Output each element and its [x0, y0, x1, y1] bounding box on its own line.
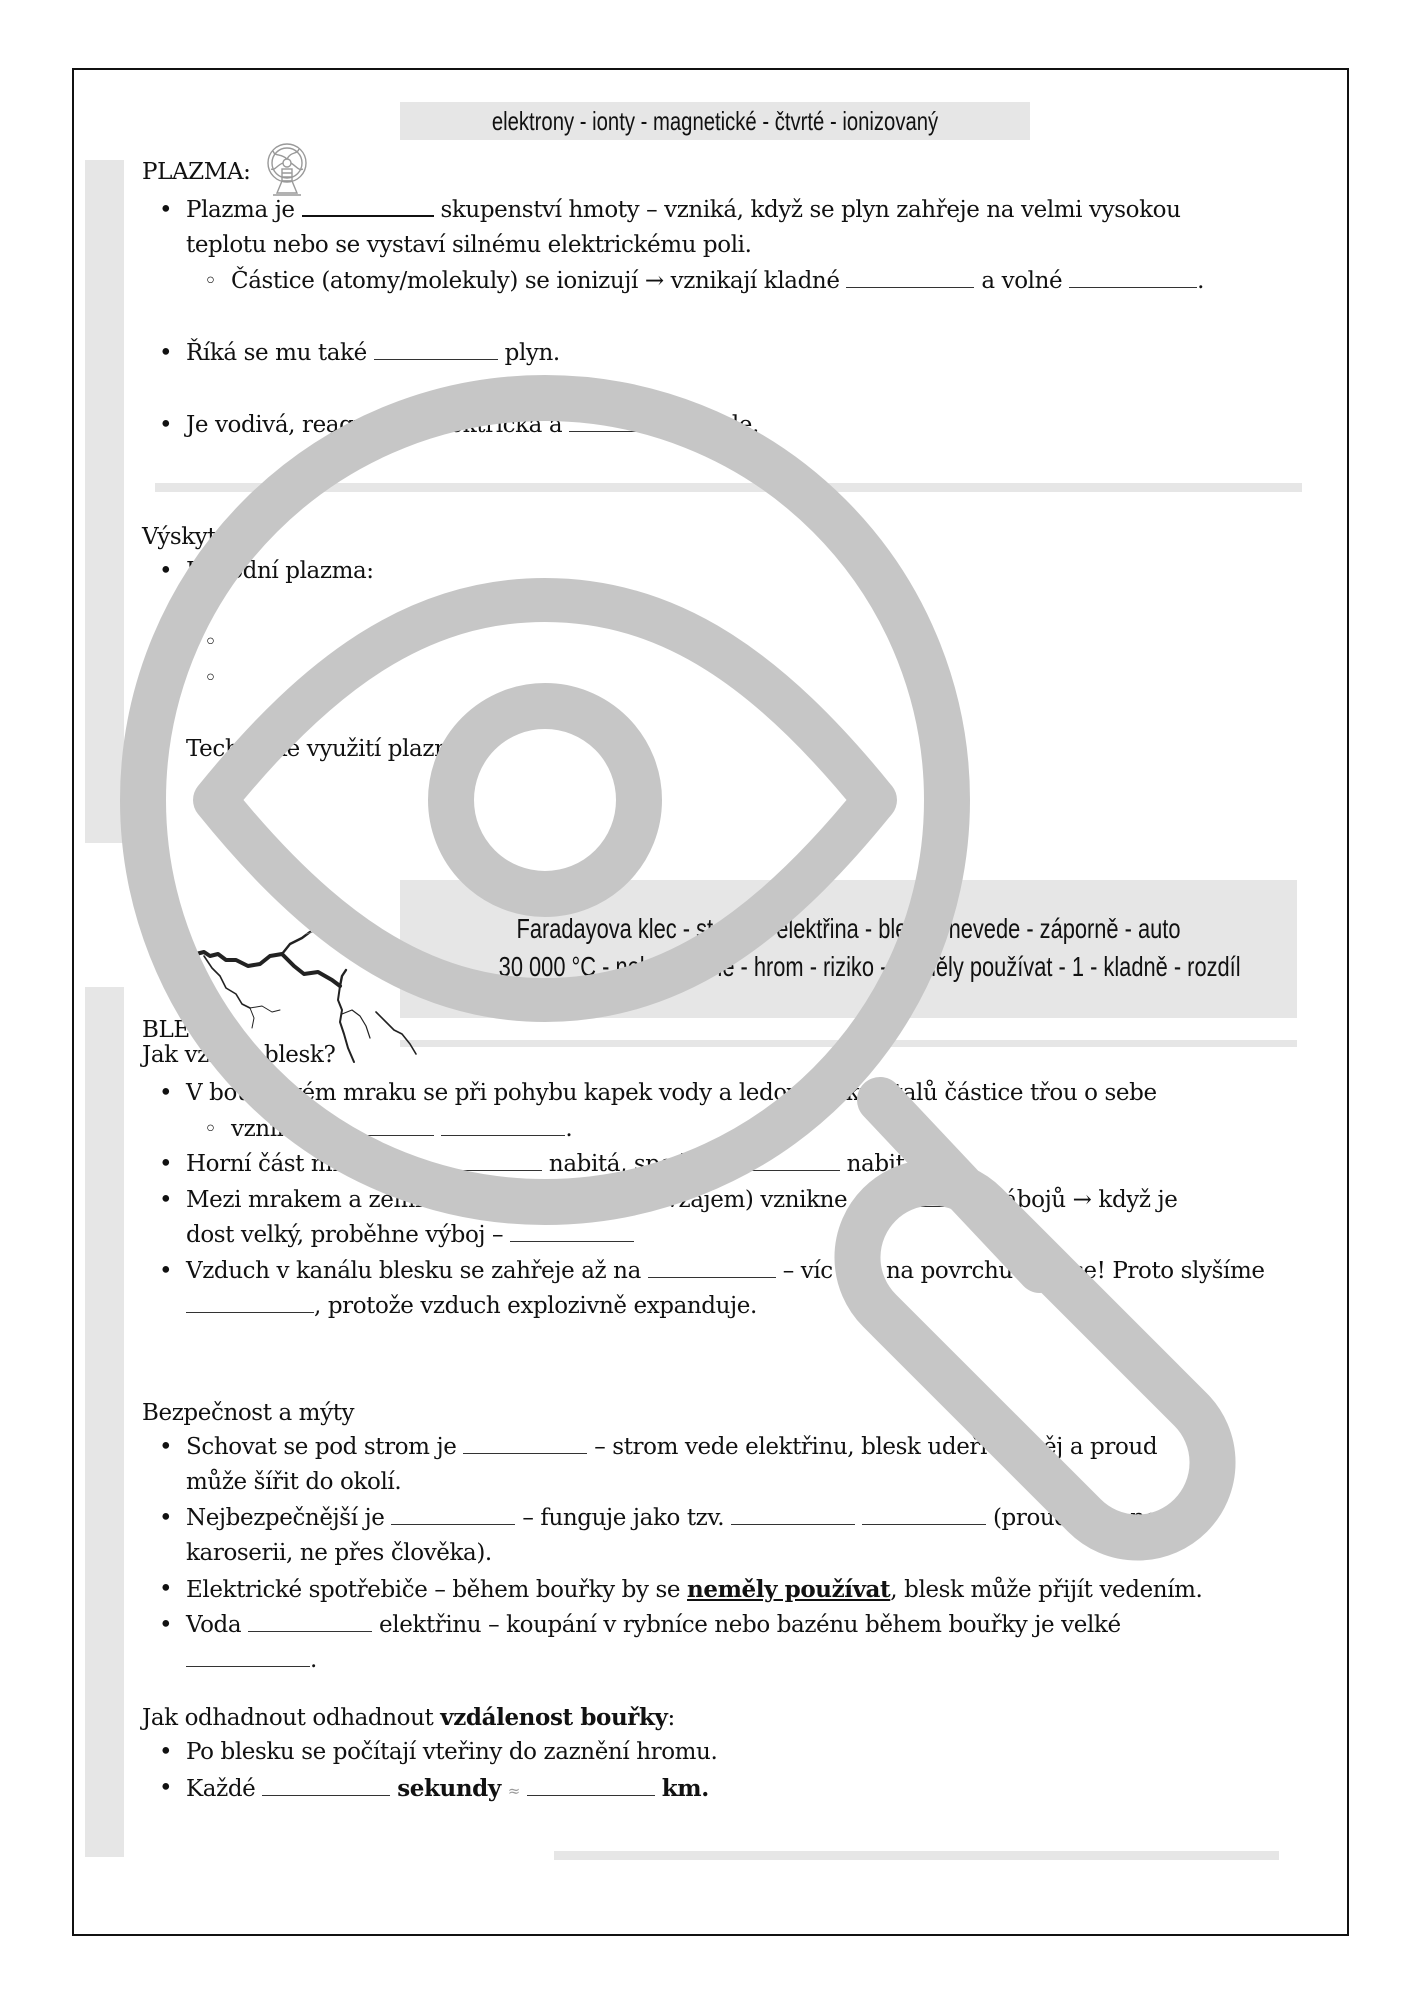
text: pole.	[704, 412, 759, 438]
blank-field[interactable]	[186, 1646, 310, 1667]
text: :	[667, 1705, 674, 1731]
text: skupenství hmoty – vzniká, když se plyn …	[440, 197, 1180, 223]
text: Každé	[186, 1776, 255, 1802]
blank-field[interactable]	[441, 1115, 565, 1136]
text: ≈	[508, 1782, 520, 1800]
sidebar-bar-blesk	[85, 987, 124, 1857]
text: Technické využití plazmy:	[186, 736, 475, 762]
text: elektřinu – koupání v rybníce nebo bazén…	[379, 1612, 1121, 1638]
bezpecnost-bullet-4: Voda elektřinu – koupání v rybníce nebo …	[186, 1608, 1274, 1643]
text: nábojů → když je	[989, 1187, 1177, 1213]
plazma-bullet-2: Říká se mu také plyn.	[186, 336, 560, 371]
text: Nejbezpečnější je	[186, 1505, 385, 1531]
text: Je vodivá, reaguje na elektrická a	[186, 412, 562, 438]
text: karoserii, ne přes člověka).	[186, 1540, 492, 1566]
divider-2	[400, 1040, 1297, 1047]
vyskyt-sub-3	[231, 661, 238, 696]
text: teplotu nebo se vystaví silnému elektric…	[186, 232, 752, 258]
text: Schovat se pod strom je	[186, 1434, 456, 1460]
vyskyt-sub-1	[231, 590, 238, 625]
blesk-bullet-4: Vzduch v kanálu blesku se zahřeje až na …	[186, 1254, 1274, 1289]
text: (proud teče po	[993, 1505, 1158, 1531]
emphasis-text: sekundy	[397, 1775, 501, 1802]
blank-field[interactable]	[716, 1150, 840, 1171]
text: může šířit do okolí.	[186, 1469, 401, 1495]
section-heading-bezpecnost: Bezpečnost a mýty	[142, 1398, 354, 1428]
text: vzniká	[231, 1116, 304, 1142]
plazma-heading-text: PLAZMA:	[142, 159, 250, 185]
plasma-ball-icon	[263, 141, 311, 197]
bezpecnost-bullet-1: Schovat se pod strom je – strom vede ele…	[186, 1430, 1274, 1465]
text: Mezi mrakem a zemí (nebo mezi mraky navz…	[186, 1187, 847, 1213]
text: dost velký, proběhne výboj –	[186, 1222, 503, 1248]
vyskyt-sub-4	[231, 767, 238, 802]
text: Jak vzniká blesk?	[142, 1042, 335, 1068]
text: – strom vede elektřinu, blesk udeří do n…	[594, 1434, 1157, 1460]
blank-field[interactable]	[374, 339, 498, 360]
section-heading-vzdalenost: Jak odhadnout odhadnout vzdálenost bouřk…	[142, 1703, 675, 1733]
vyskyt-bullet-technical: Technické využití plazmy:	[186, 732, 475, 767]
bezpecnost-bullet-3: Elektrické spotřebiče – během bouřky by …	[186, 1572, 1202, 1608]
blank-field[interactable]	[862, 1504, 986, 1525]
bezpecnost-bullet-4-cont: .	[186, 1643, 317, 1678]
text: Jak odhadnout odhadnout	[142, 1705, 433, 1731]
word-bank-blesk-line-2: 30 000 °C - nebezpečné - hrom - riziko -…	[499, 948, 1199, 986]
text: Elektrické spotřebiče – během bouřky by …	[186, 1577, 680, 1603]
blank-field[interactable]	[1069, 267, 1197, 288]
word-bank-plazma-text: elektrony - ionty - magnetické - čtvrté …	[469, 102, 960, 140]
blesk-sub-1: vzniká .	[231, 1112, 572, 1147]
text: V bouřkovém mraku se při pohybu kapek vo…	[186, 1080, 1157, 1106]
emphasis-text: vzdálenost bouřky	[440, 1704, 667, 1731]
section-heading-plazma: PLAZMA:	[142, 157, 250, 187]
blank-field[interactable]	[262, 1775, 390, 1796]
text: .	[310, 1647, 317, 1673]
divider-3	[554, 1851, 1279, 1860]
text: , blesk může přijít vedením.	[890, 1577, 1202, 1603]
blank-field[interactable]	[302, 195, 434, 217]
text: nabitá, spodní	[549, 1151, 709, 1177]
word-bank-blesk-line-1: Faradayova klec - statická elektřina - b…	[499, 910, 1199, 948]
plazma-bullet-1-cont: teplotu nebo se vystaví silnému elektric…	[186, 228, 752, 263]
plazma-bullet-1: Plazma je skupenství hmoty – vzniká, kdy…	[186, 193, 1274, 228]
plazma-bullet-3: Je vodivá, reaguje na elektrická a pole.	[186, 408, 759, 443]
blank-field[interactable]	[391, 1504, 515, 1525]
bezpecnost-bullet-2-cont: karoserii, ne přes člověka).	[186, 1536, 492, 1571]
text: Částice (atomy/molekuly) se ionizují → v…	[231, 268, 840, 294]
blank-field[interactable]	[527, 1775, 655, 1796]
word-bank-plazma: elektrony - ionty - magnetické - čtvrté …	[400, 102, 1030, 140]
text: a volné	[981, 268, 1062, 294]
vzdalenost-bullet-1: Po blesku se počítají vteřiny do zaznění…	[186, 1735, 717, 1770]
text: .	[1197, 268, 1204, 294]
blank-field[interactable]	[463, 1433, 587, 1454]
text: Říká se mu také	[186, 340, 367, 366]
emphasis-text: neměly používat	[687, 1576, 890, 1603]
section-heading-vyskyt: Výskyt:	[142, 522, 224, 552]
blank-field[interactable]	[648, 1257, 776, 1278]
text: Voda	[186, 1612, 241, 1638]
blesk-subheading: Jak vzniká blesk?	[142, 1040, 335, 1070]
text: Bezpečnost a mýty	[142, 1400, 354, 1426]
sidebar-bar-plazma	[85, 160, 124, 843]
vyskyt-bullet-natural: Přírodní plazma:	[186, 554, 374, 589]
blesk-bullet-1: V bouřkovém mraku se při pohybu kapek vo…	[186, 1076, 1157, 1111]
blank-field[interactable]	[510, 1221, 634, 1242]
text: nabitá.	[847, 1151, 925, 1177]
blank-field[interactable]	[248, 1611, 372, 1632]
bezpecnost-bullet-1-cont: může šířit do okolí.	[186, 1465, 401, 1500]
blank-field[interactable]	[569, 411, 697, 432]
text: Po blesku se počítají vteřiny do zaznění…	[186, 1739, 717, 1765]
text: .	[565, 1116, 572, 1142]
word-bank-blesk: Faradayova klec - statická elektřina - b…	[400, 880, 1297, 1018]
blesk-bullet-4-cont: , protože vzduch explozivně expanduje.	[186, 1289, 757, 1324]
text: Horní část mraku je	[186, 1151, 411, 1177]
text: Výskyt:	[142, 524, 224, 550]
text: plyn.	[505, 340, 560, 366]
plazma-sub-bullet-1: Částice (atomy/molekuly) se ionizují → v…	[231, 264, 1204, 299]
blesk-bullet-3: Mezi mrakem a zemí (nebo mezi mraky navz…	[186, 1183, 1274, 1218]
blank-field[interactable]	[731, 1504, 855, 1525]
bezpecnost-bullet-2: Nejbezpečnější je – funguje jako tzv. (p…	[186, 1501, 1274, 1536]
blesk-bullet-2: Horní část mraku je nabitá, spodní nabit…	[186, 1147, 925, 1182]
emphasis-text: km.	[662, 1775, 709, 1802]
text: , protože vzduch explozivně expanduje.	[314, 1293, 757, 1319]
blank-field[interactable]	[186, 1292, 314, 1313]
blank-field[interactable]	[310, 1115, 434, 1136]
text: Vzduch v kanálu blesku se zahřeje až na	[186, 1258, 641, 1284]
vzdalenost-bullet-2: Každé sekundy ≈ km.	[186, 1771, 709, 1809]
blesk-bullet-3-cont: dost velký, proběhne výboj –	[186, 1218, 634, 1253]
text: Přírodní plazma:	[186, 558, 374, 584]
text: – víc než na povrchu Slunce! Proto slyší…	[783, 1258, 1265, 1284]
text: Plazma je	[186, 197, 295, 223]
divider-1	[155, 483, 1302, 492]
blank-field[interactable]	[854, 1186, 982, 1207]
vyskyt-sub-2	[231, 625, 238, 660]
blank-field[interactable]	[418, 1150, 542, 1171]
text: – funguje jako tzv.	[522, 1505, 724, 1531]
blank-field[interactable]	[846, 267, 974, 288]
